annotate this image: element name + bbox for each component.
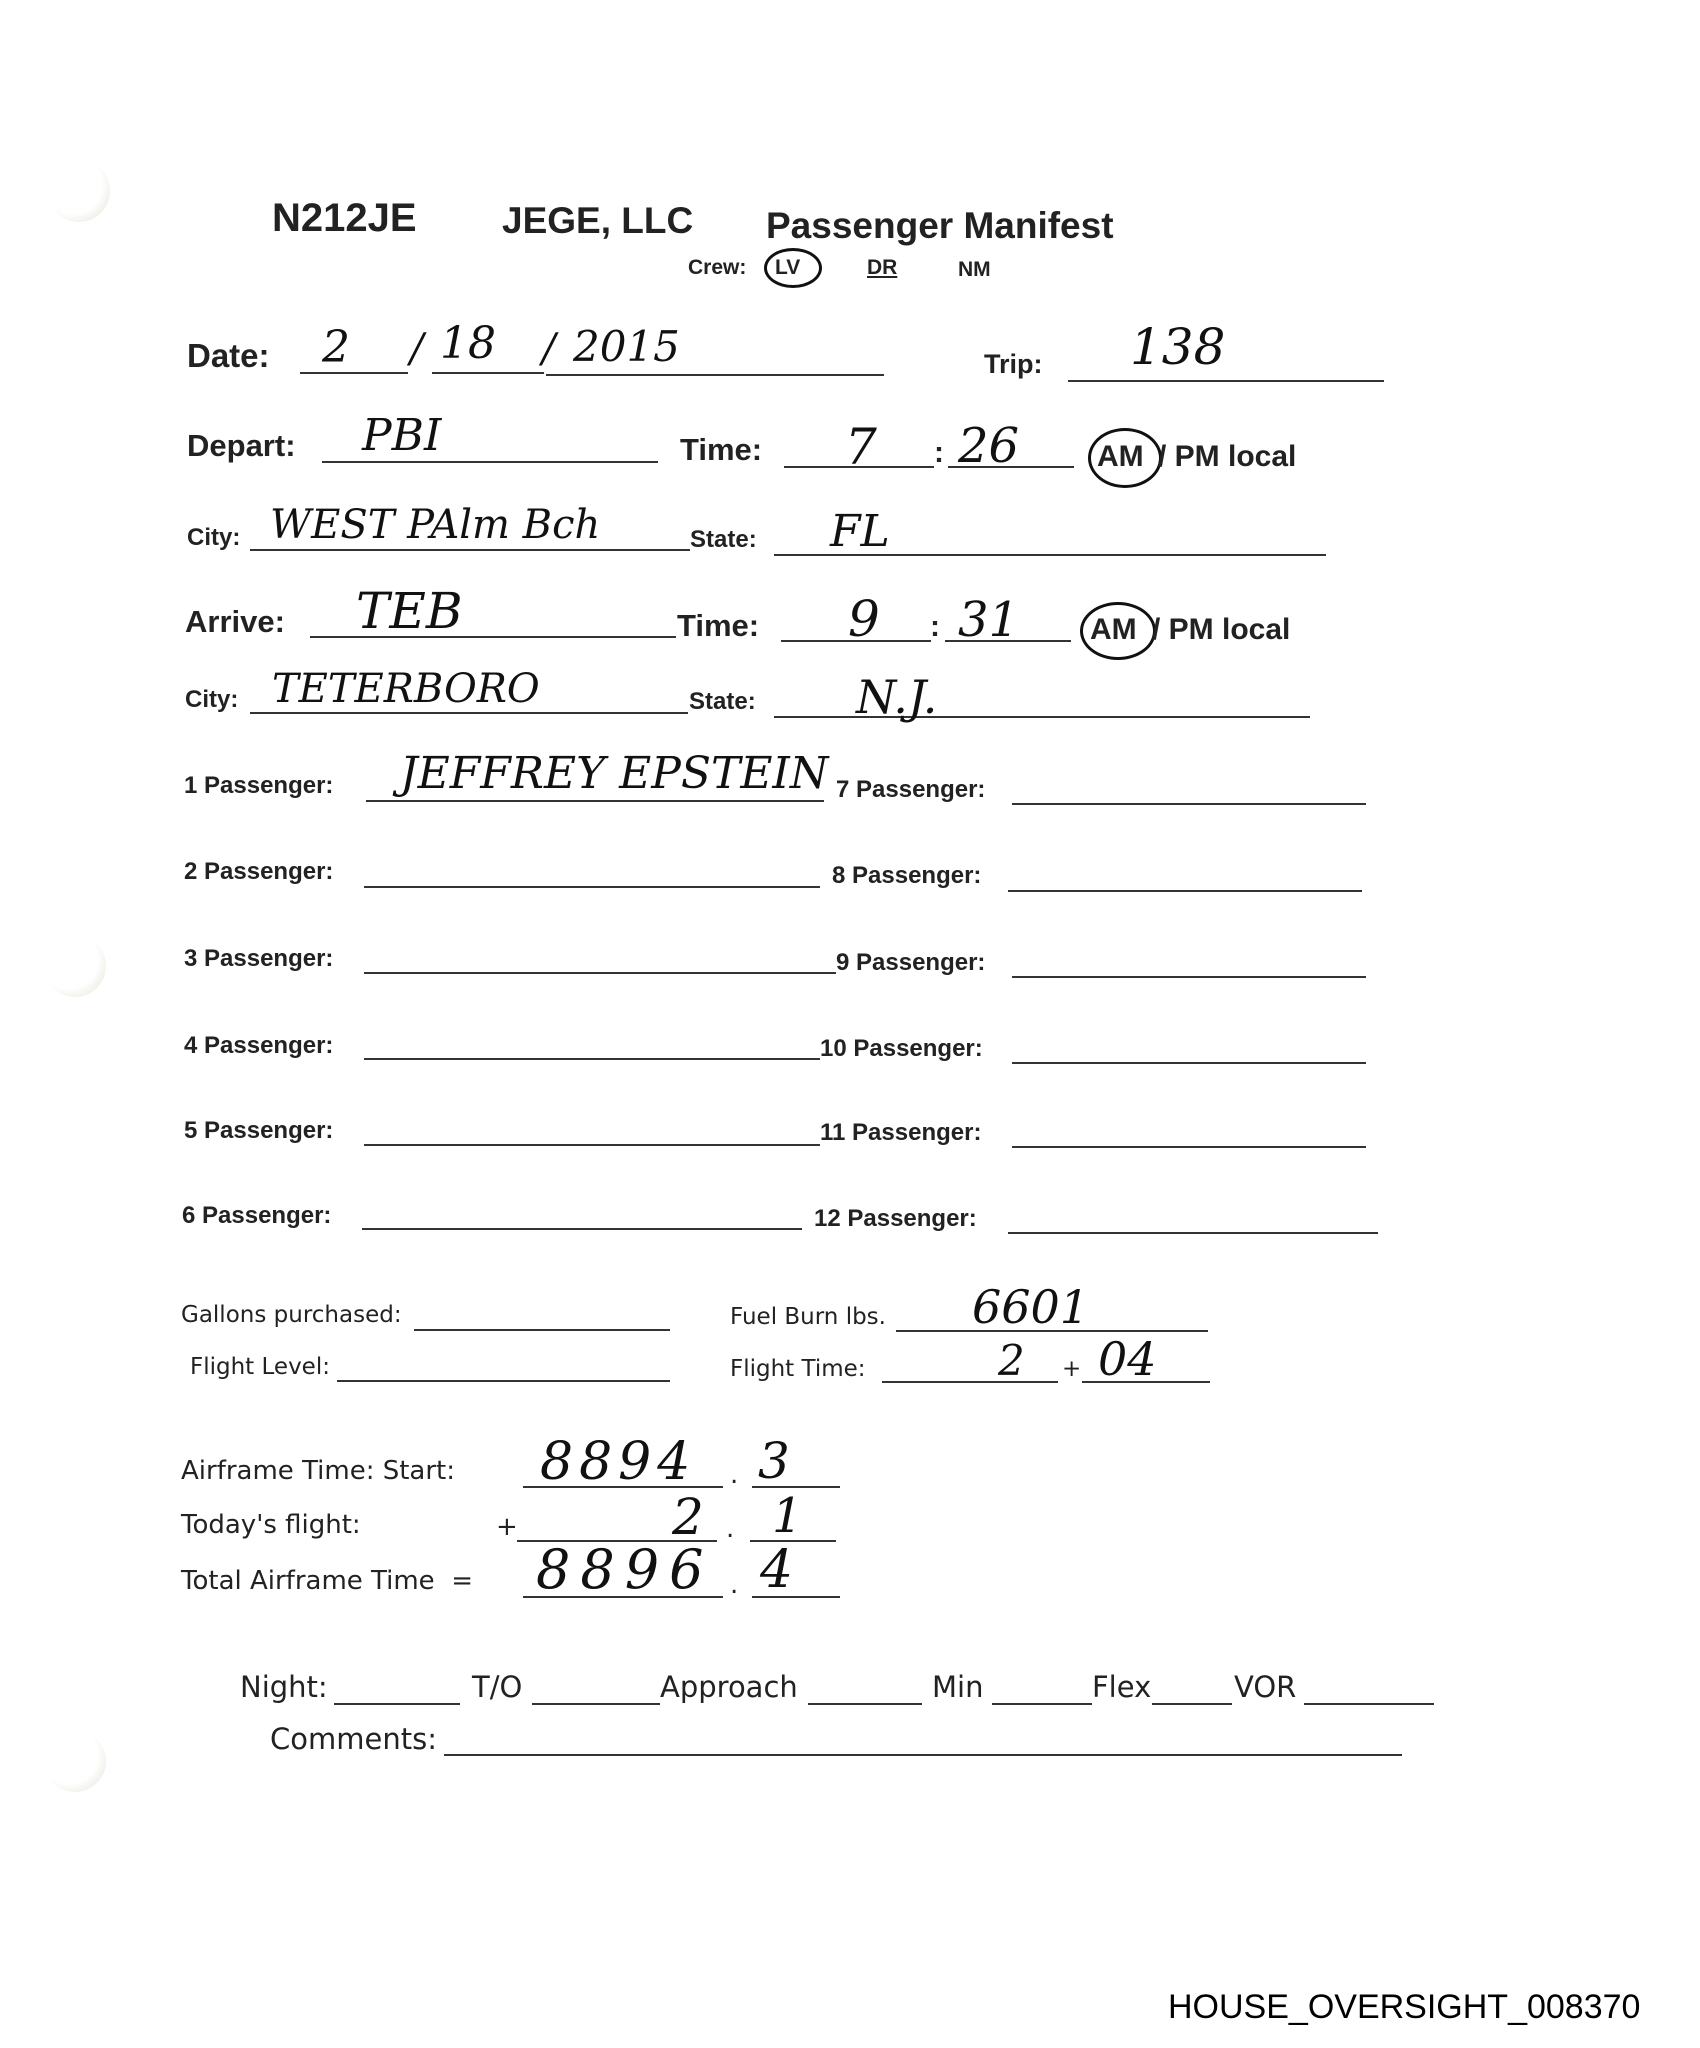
date-year-line bbox=[546, 374, 884, 376]
comments-label: Comments: bbox=[270, 1722, 437, 1756]
passenger-6-field[interactable] bbox=[362, 1228, 802, 1230]
depart-time-label: Time: bbox=[680, 432, 762, 468]
passenger-10-field[interactable] bbox=[1012, 1062, 1366, 1064]
arrive-label: Arrive: bbox=[185, 604, 285, 640]
passenger-7-field[interactable] bbox=[1012, 803, 1366, 805]
depart-state-value[interactable]: FL bbox=[830, 506, 890, 557]
passenger-1-label: 1 Passenger: bbox=[184, 772, 333, 800]
fuel-burn-value[interactable]: 6601 bbox=[972, 1280, 1089, 1334]
flex-field[interactable] bbox=[1152, 1703, 1232, 1705]
flex-label: Flex bbox=[1092, 1670, 1151, 1704]
arrive-am-circle bbox=[1080, 602, 1156, 660]
passenger-5-label: 5 Passenger: bbox=[184, 1117, 333, 1145]
min-label: Min bbox=[932, 1670, 983, 1704]
flight-level-field[interactable] bbox=[337, 1380, 670, 1382]
to-field[interactable] bbox=[532, 1703, 660, 1705]
total-airframe-whole-value[interactable]: 8896 bbox=[536, 1538, 713, 1601]
depart-label: Depart: bbox=[187, 428, 296, 464]
passenger-3-field[interactable] bbox=[364, 972, 836, 974]
arrive-state-label: State: bbox=[689, 688, 756, 716]
total-airframe-label: Total Airframe Time = bbox=[181, 1566, 473, 1596]
passenger-4-field[interactable] bbox=[364, 1058, 820, 1060]
passenger-9-field[interactable] bbox=[1012, 976, 1366, 978]
arrive-city-value[interactable]: TETERBORO bbox=[272, 666, 540, 712]
passenger-10-label: 10 Passenger: bbox=[820, 1035, 983, 1063]
trip-value[interactable]: 138 bbox=[1130, 318, 1225, 376]
passenger-7-label: 7 Passenger: bbox=[836, 776, 985, 804]
passenger-3-label: 3 Passenger: bbox=[184, 945, 333, 973]
date-month-line bbox=[300, 372, 408, 374]
depart-city-line bbox=[250, 549, 690, 551]
passenger-12-field[interactable] bbox=[1008, 1232, 1378, 1234]
date-year-value[interactable]: 2015 bbox=[573, 322, 680, 371]
trip-line bbox=[1068, 380, 1384, 382]
vor-field[interactable] bbox=[1304, 1703, 1434, 1705]
bates-number: HOUSE_OVERSIGHT_008370 bbox=[1168, 1988, 1640, 2027]
depart-state-label: State: bbox=[690, 526, 757, 554]
time-colon: : bbox=[930, 610, 940, 644]
decimal-point: . bbox=[730, 1460, 738, 1490]
gallons-field[interactable] bbox=[414, 1329, 670, 1331]
crew-option-nm[interactable]: NM bbox=[958, 258, 991, 282]
airframe-start-tenth-value[interactable]: 3 bbox=[758, 1432, 790, 1490]
approach-field[interactable] bbox=[808, 1703, 922, 1705]
arrive-state-value[interactable]: N.J. bbox=[856, 670, 937, 724]
flight-time-plus: + bbox=[1062, 1356, 1081, 1382]
todays-flight-label: Today's flight: bbox=[181, 1510, 361, 1540]
passenger-5-field[interactable] bbox=[364, 1144, 820, 1146]
binder-hole bbox=[44, 935, 106, 997]
gallons-label: Gallons purchased: bbox=[181, 1302, 402, 1328]
flight-time-hours-value[interactable]: 2 bbox=[998, 1336, 1025, 1385]
airframe-start-label: Airframe Time: Start: bbox=[181, 1456, 455, 1486]
arrive-city-line bbox=[250, 712, 688, 714]
todays-flight-tenth-value[interactable]: 1 bbox=[772, 1488, 803, 1544]
arrive-city-label: City: bbox=[185, 686, 238, 714]
binder-hole bbox=[44, 1730, 106, 1792]
crew-option-dr[interactable]: DR bbox=[867, 256, 897, 280]
date-separator: / bbox=[410, 326, 423, 372]
depart-hour-value[interactable]: 7 bbox=[845, 418, 877, 476]
arrive-value[interactable]: TEB bbox=[356, 582, 463, 640]
passenger-1-value[interactable]: JEFFREY EPSTEIN bbox=[400, 748, 828, 799]
to-label: T/O bbox=[472, 1670, 522, 1704]
flight-time-label: Flight Time: bbox=[730, 1356, 866, 1382]
tail-number: N212JE bbox=[272, 196, 417, 241]
vor-label: VOR bbox=[1234, 1670, 1296, 1704]
passenger-8-field[interactable] bbox=[1008, 890, 1362, 892]
passenger-11-field[interactable] bbox=[1012, 1146, 1366, 1148]
decimal-point: . bbox=[726, 1514, 734, 1544]
passenger-9-label: 9 Passenger: bbox=[836, 949, 985, 977]
approach-label: Approach bbox=[660, 1670, 798, 1704]
flight-time-minutes-value[interactable]: 04 bbox=[1098, 1332, 1157, 1386]
arrive-minute-value[interactable]: 31 bbox=[958, 592, 1019, 648]
todays-flight-plus: + bbox=[496, 1512, 518, 1542]
passenger-2-label: 2 Passenger: bbox=[184, 858, 333, 886]
page-title: Passenger Manifest bbox=[766, 205, 1114, 247]
night-label: Night: bbox=[240, 1670, 328, 1704]
trip-label: Trip: bbox=[984, 349, 1043, 380]
passenger-12-label: 12 Passenger: bbox=[814, 1205, 977, 1233]
comments-field[interactable] bbox=[444, 1754, 1402, 1756]
night-field[interactable] bbox=[334, 1703, 460, 1705]
fuel-burn-label: Fuel Burn lbs. bbox=[730, 1304, 886, 1330]
passenger-4-label: 4 Passenger: bbox=[184, 1032, 333, 1060]
company-name: JEGE, LLC bbox=[502, 200, 693, 242]
date-separator: / bbox=[542, 326, 555, 372]
date-day-line bbox=[432, 372, 544, 374]
arrive-hour-value[interactable]: 9 bbox=[848, 590, 880, 648]
min-field[interactable] bbox=[992, 1703, 1092, 1705]
passenger-2-field[interactable] bbox=[364, 886, 820, 888]
depart-am-circle bbox=[1088, 428, 1162, 488]
depart-line bbox=[322, 461, 658, 463]
crew-selected-circle bbox=[764, 248, 822, 288]
decimal-point: . bbox=[730, 1570, 738, 1600]
depart-pm-local[interactable]: / PM local bbox=[1158, 440, 1296, 474]
date-month-value[interactable]: 2 bbox=[322, 322, 350, 373]
date-label: Date: bbox=[187, 337, 270, 375]
depart-minute-value[interactable]: 26 bbox=[958, 418, 1019, 474]
binder-hole bbox=[48, 160, 110, 222]
passenger-6-label: 6 Passenger: bbox=[182, 1202, 331, 1230]
time-colon: : bbox=[934, 436, 944, 470]
flight-level-label: Flight Level: bbox=[190, 1354, 330, 1380]
total-airframe-tenth-value[interactable]: 4 bbox=[760, 1540, 793, 1600]
airframe-start-whole-value[interactable]: 8894 bbox=[540, 1432, 696, 1492]
date-day-value[interactable]: 18 bbox=[440, 318, 496, 369]
arrive-state-line bbox=[774, 716, 1310, 718]
passenger-11-label: 11 Passenger: bbox=[820, 1119, 981, 1147]
depart-value[interactable]: PBI bbox=[362, 410, 441, 461]
arrive-pm-local[interactable]: / PM local bbox=[1152, 613, 1290, 647]
flight-time-hours-line bbox=[882, 1381, 1058, 1383]
depart-city-value[interactable]: WEST PAlm Bch bbox=[270, 502, 600, 548]
passenger-8-label: 8 Passenger: bbox=[832, 862, 981, 890]
depart-city-label: City: bbox=[187, 524, 240, 552]
crew-label: Crew: bbox=[688, 256, 746, 280]
passenger-1-line bbox=[366, 800, 824, 802]
arrive-time-label: Time: bbox=[677, 608, 759, 644]
